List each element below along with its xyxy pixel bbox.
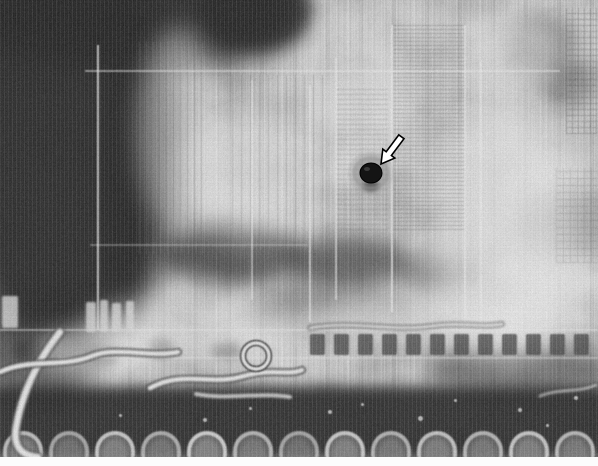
defect-pointer-arrow [381,135,404,164]
defect-spot [360,163,382,183]
micrograph-stage [0,0,598,466]
defect-glint [364,167,370,171]
bottom-white-strip [0,457,598,466]
annotation-layer [0,0,598,466]
